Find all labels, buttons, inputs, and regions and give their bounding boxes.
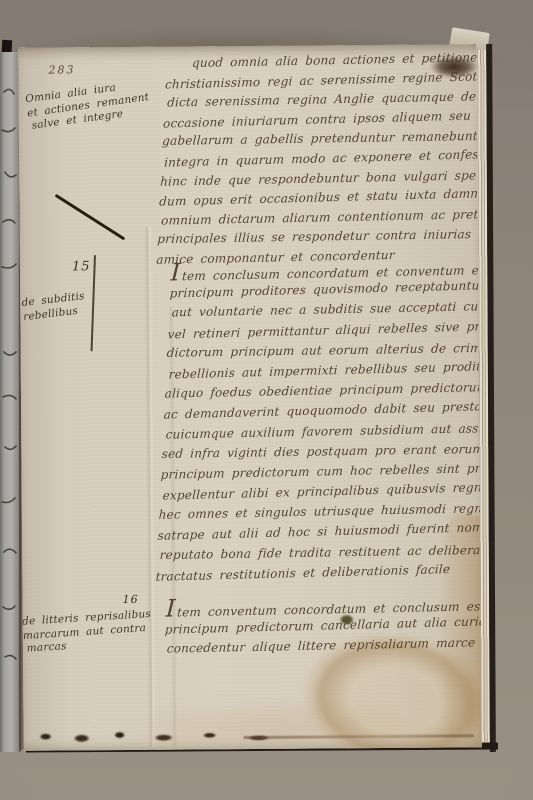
manuscript-photo: 283 Omnia alia iura et actiones remanent… xyxy=(0,0,533,800)
paragraph-1: quod omnia alia bona actiones et petitio… xyxy=(156,48,482,270)
margin-number-15: 15 xyxy=(72,259,91,274)
ink-blot-top-right xyxy=(430,56,478,78)
margin-note-15: de subditis rebellibus xyxy=(21,290,87,324)
margin-note-top: Omnia alia iura et actiones remanent sal… xyxy=(25,77,152,133)
manuscript-page: 283 Omnia alia iura et actiones remanent… xyxy=(18,44,482,751)
folio-number: 283 xyxy=(48,63,75,76)
paper-crease xyxy=(144,227,157,747)
grime-line-bottom xyxy=(244,734,474,739)
margin-dash-stroke xyxy=(55,194,126,241)
margin-vertical-bar xyxy=(91,255,96,351)
paragraph-3: Item conventum concordatum et conclusum … xyxy=(163,592,481,659)
spine-ink-fragments xyxy=(0,52,21,752)
margin-number-16: 16 xyxy=(123,593,139,606)
paragraph-2: Item conclusum concordatum et conventum … xyxy=(155,256,482,586)
exposed-leaf-edge xyxy=(0,52,21,752)
